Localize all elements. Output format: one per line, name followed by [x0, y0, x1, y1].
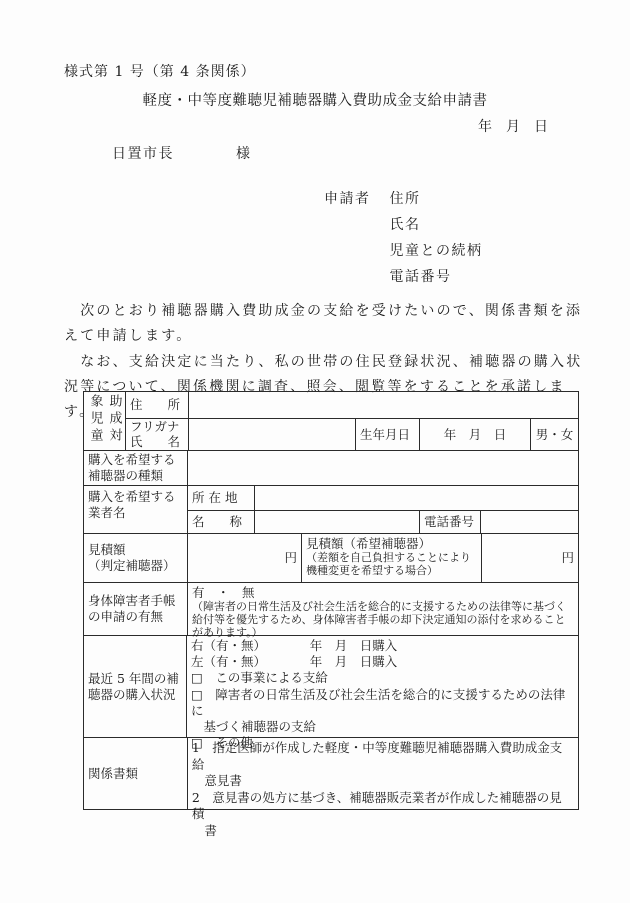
vendor-phone-input-area [480, 511, 578, 533]
handbook-note: （障害者の日常生活及び社会生活を総合的に支援するための法律等に基づく 給付等を優… [192, 601, 574, 639]
vendor-name-row: 名 称 電話番号 [188, 510, 578, 533]
addressee-line: 日置市長様 [112, 143, 252, 163]
document-item-opinion: 1 指定医師が作成した軽度・中等度難聴児補聴器購入費助成金支給 意見書 [192, 740, 574, 790]
page-title: 軽度・中等度難聴児補聴器購入費助成金支給申請書 [0, 89, 630, 110]
vendor-name-input-area [254, 511, 419, 533]
applicant-field-relationship: 児童との続柄 [390, 238, 483, 264]
history-checkbox-disability-law: □ 障害者の日常生活及び社会生活を総合的に支援するための法律に 基づく補聴器の支… [191, 687, 574, 736]
vendor-location-row: 所 在 地 [188, 486, 578, 510]
history-checkbox-this-program: □ この事業による支給 [191, 670, 574, 686]
child-name-input-area [188, 419, 355, 450]
applicant-block: 申請者 住所 氏名 児童との続柄 電話番号 [324, 186, 483, 290]
birthdate-label: 生年月日 [355, 419, 419, 450]
addressee: 日置市長 [112, 146, 174, 162]
child-name-row: フリガナ 氏 名 生年月日 年 月 日 男・女 [126, 418, 578, 450]
vendor-subtable: 所 在 地 名 称 電話番号 [187, 486, 578, 533]
documents-label: 関係書類 [84, 738, 187, 809]
history-line-right-ear: 右（有・無） 年 月 日購入 [191, 638, 574, 654]
desired-yen-label: 円 [481, 534, 578, 582]
history-cell: 右（有・無） 年 月 日購入 左（有・無） 年 月 日購入 □ この事業による支… [186, 636, 578, 737]
vendor-location-label: 所 在 地 [188, 486, 254, 510]
honorific: 様 [236, 146, 252, 162]
date-line: 年 月 日 [478, 116, 548, 136]
child-subtable: 住 所 フリガナ 氏 名 生年月日 年 月 日 男・女 [125, 392, 578, 450]
applicant-field-address: 住所 [390, 186, 483, 212]
applicant-label: 申請者 [324, 186, 371, 290]
desired-estimate-note: （差額を自己負担することにより 機種変更を希望する場合） [306, 552, 477, 577]
document-page: 様式第 1 号（第 4 条関係） 軽度・中等度難聴児補聴器購入費助成金支給申請書… [0, 0, 630, 903]
vendor-phone-label: 電話番号 [419, 511, 480, 533]
handbook-row: 身体障害者手帳 の申請の有無 有 ・ 無 （障害者の日常生活及び社会生活を総合的… [84, 582, 578, 635]
history-line-left-ear: 左（有・無） 年 月 日購入 [191, 654, 574, 670]
child-address-label: 住 所 [126, 392, 188, 418]
vendor-row: 購入を希望する 業者名 所 在 地 名 称 電話番号 [84, 485, 578, 533]
handbook-label: 身体障害者手帳 の申請の有無 [84, 583, 187, 635]
hearing-aid-type-input-area [187, 451, 578, 485]
estimate-yen-label: 円 [187, 534, 301, 582]
vendor-name-label: 名 称 [188, 511, 254, 533]
child-address-input-area [188, 392, 578, 418]
desired-estimate-cell: 見積額（希望補聴器） （差額を自己負担することにより 機種変更を希望する場合） [301, 534, 481, 582]
child-header-cell: 助成対象児童 [84, 392, 125, 450]
history-label: 最近 5 年間の補 聴器の購入状況 [84, 636, 186, 737]
applicant-field-name: 氏名 [390, 212, 483, 238]
gender-options: 男・女 [530, 419, 578, 450]
hearing-aid-type-label: 購入を希望する 補聴器の種類 [84, 451, 187, 485]
estimate-label: 見積額 （判定補聴器） [84, 534, 187, 582]
child-info-row: 助成対象児童 住 所 フリガナ 氏 名 生年月日 年 月 日 男・女 [84, 392, 578, 450]
paragraph-request: 次のとおり補聴器購入費助成金の支給を受けたいので、関係書類を添 えて申請します。 [64, 299, 592, 350]
documents-row: 関係書類 1 指定医師が作成した軽度・中等度難聴児補聴器購入費助成金支給 意見書… [84, 737, 578, 809]
hearing-aid-type-row: 購入を希望する 補聴器の種類 [84, 450, 578, 485]
child-address-row: 住 所 [126, 392, 578, 418]
applicant-fields: 住所 氏名 児童との続柄 電話番号 [390, 186, 483, 290]
estimate-row: 見積額 （判定補聴器） 円 見積額（希望補聴器） （差額を自己負担することにより… [84, 533, 578, 582]
desired-estimate-label: 見積額（希望補聴器） [306, 536, 477, 552]
handbook-cell: 有 ・ 無 （障害者の日常生活及び社会生活を総合的に支援するための法律等に基づく… [187, 583, 578, 635]
vendor-location-input-area [254, 486, 578, 510]
birthdate-value: 年 月 日 [419, 419, 530, 450]
form-number: 様式第 1 号（第 4 条関係） [64, 61, 256, 81]
child-header-vertical-text: 助成対象児童 [86, 394, 124, 448]
history-row: 最近 5 年間の補 聴器の購入状況 右（有・無） 年 月 日購入 左（有・無） … [84, 635, 578, 737]
handbook-options: 有 ・ 無 [192, 585, 574, 601]
furigana-name-label: フリガナ 氏 名 [126, 419, 188, 450]
application-form-table: 助成対象児童 住 所 フリガナ 氏 名 生年月日 年 月 日 男・女 購入を希望… [83, 391, 579, 810]
applicant-field-phone: 電話番号 [390, 264, 483, 290]
vendor-label: 購入を希望する 業者名 [84, 486, 187, 533]
documents-cell: 1 指定医師が作成した軽度・中等度難聴児補聴器購入費助成金支給 意見書 2 意見… [187, 738, 578, 809]
document-item-quote: 2 意見書の処方に基づき、補聴器販売業者が作成した補聴器の見積 書 [192, 790, 574, 840]
